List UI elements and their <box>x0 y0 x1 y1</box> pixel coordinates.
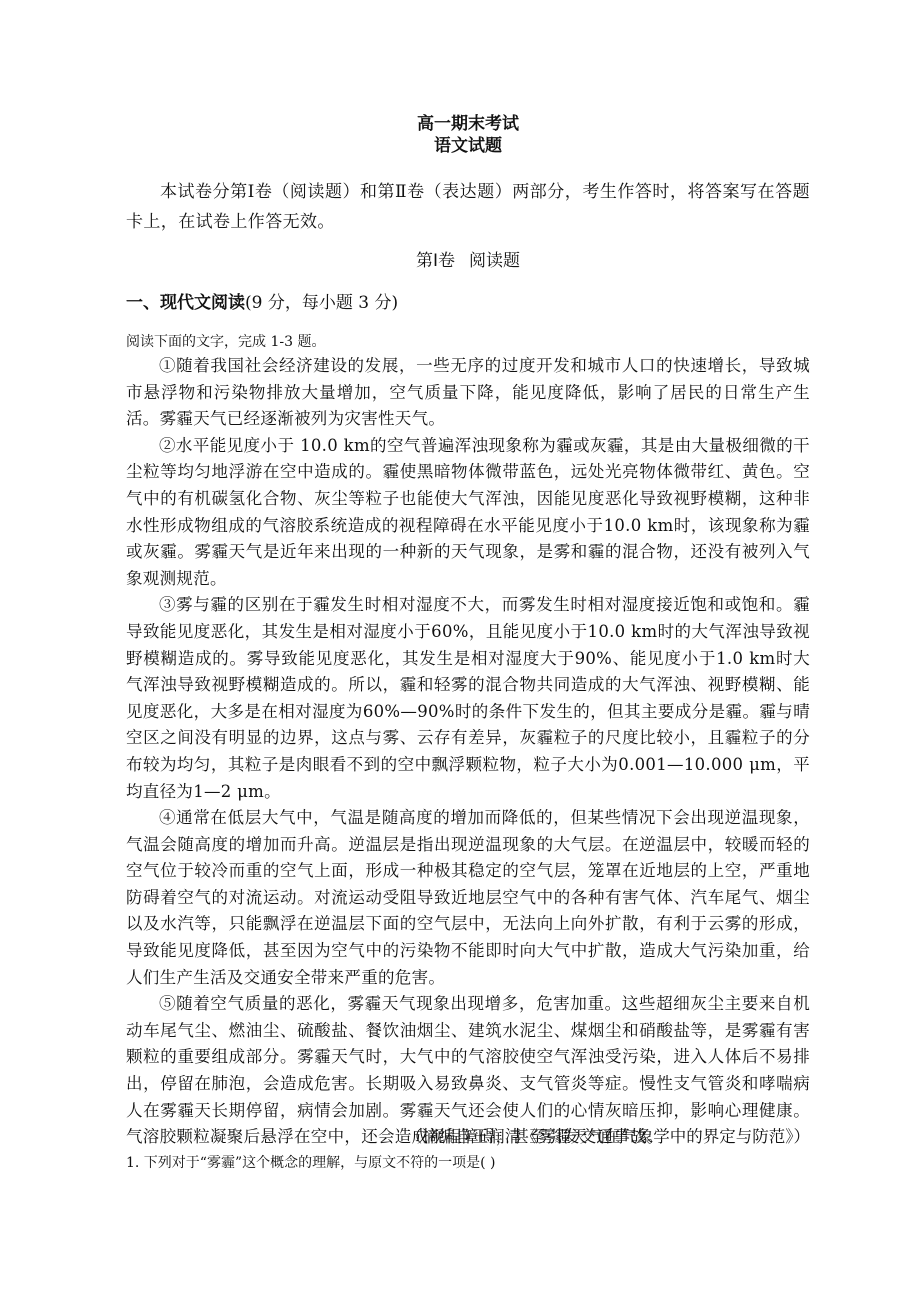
passage-paragraph-1: ①随着我国社会经济建设的发展，一些无序的过度开发和城市人口的快速增长，导致城市悬… <box>126 353 810 433</box>
exam-subtitle: 语文试题 <box>126 136 810 156</box>
exam-instructions: 本试卷分第Ⅰ卷（阅读题）和第Ⅱ卷（表达题）两部分，考生作答时，将答案写在答题卡上… <box>126 177 810 237</box>
part-heading: 一、现代文阅读(9 分，每小题 3 分) <box>126 291 810 315</box>
question-1: 1. 下列对于“雾霾”这个概念的理解，与原文不符的一项是( ) <box>126 1152 810 1174</box>
passage-paragraph-3: ③雾与霾的区别在于霾发生时相对湿度不大，而雾发生时相对湿度接近饱和或饱和。霾导致… <box>126 592 810 805</box>
reading-passage: ①随着我国社会经济建设的发展，一些无序的过度开发和城市人口的快速增长，导致城市悬… <box>126 353 810 1151</box>
exam-title: 高一期末考试 <box>126 114 810 134</box>
section-volume: 第Ⅰ卷 <box>416 251 455 271</box>
passage-source: （摘编自王润清《雾霾天气在气象学中的界定与防范》） <box>406 1126 810 1148</box>
part-title: 一、现代文阅读 <box>126 293 245 313</box>
part-scoring: (9 分，每小题 3 分) <box>245 293 398 313</box>
section-heading: 第Ⅰ卷阅读题 <box>126 250 810 272</box>
reading-instruction: 阅读下面的文字，完成 1-3 题。 <box>126 332 810 352</box>
section-name: 阅读题 <box>469 251 520 271</box>
passage-paragraph-2: ②水平能见度小于 10.0 km的空气普遍浑浊现象称为霾或灰霾，其是由大量极细微… <box>126 433 810 593</box>
passage-paragraph-4: ④通常在低层大气中，气温是随高度的增加而降低的，但某些情况下会出现逆温现象，气温… <box>126 805 810 991</box>
